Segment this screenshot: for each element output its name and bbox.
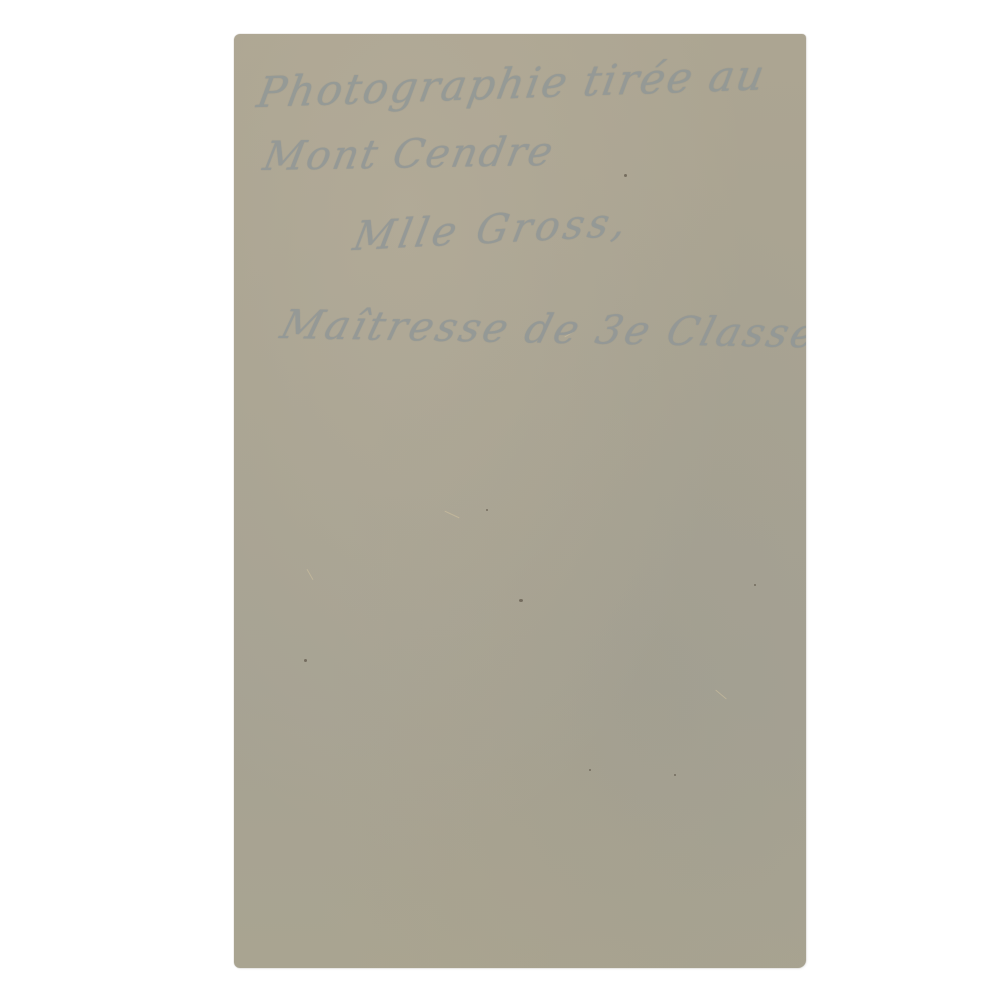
photo-background: Photographie tirée au Mont Cendre Mlle G… — [0, 0, 1000, 1000]
inscription-line-4: Maîtresse de 3e Classe — [276, 302, 806, 357]
inscription-line-2: Mont Cendre — [260, 129, 559, 180]
paper-fiber — [445, 511, 460, 519]
paper-fiber — [307, 569, 314, 580]
inscription-line-3: Mlle Gross, — [349, 199, 634, 260]
paper-speck — [519, 599, 523, 602]
inscription-line-1: Photographie tirée au — [254, 50, 770, 117]
paper-speck — [589, 769, 591, 771]
paper-speck — [304, 659, 307, 662]
paper-speck — [624, 174, 627, 177]
paper-speck — [486, 509, 488, 511]
paper-speck — [674, 774, 676, 776]
paper-speck — [754, 584, 756, 586]
photo-card-back: Photographie tirée au Mont Cendre Mlle G… — [234, 34, 806, 968]
paper-fiber — [715, 690, 726, 700]
